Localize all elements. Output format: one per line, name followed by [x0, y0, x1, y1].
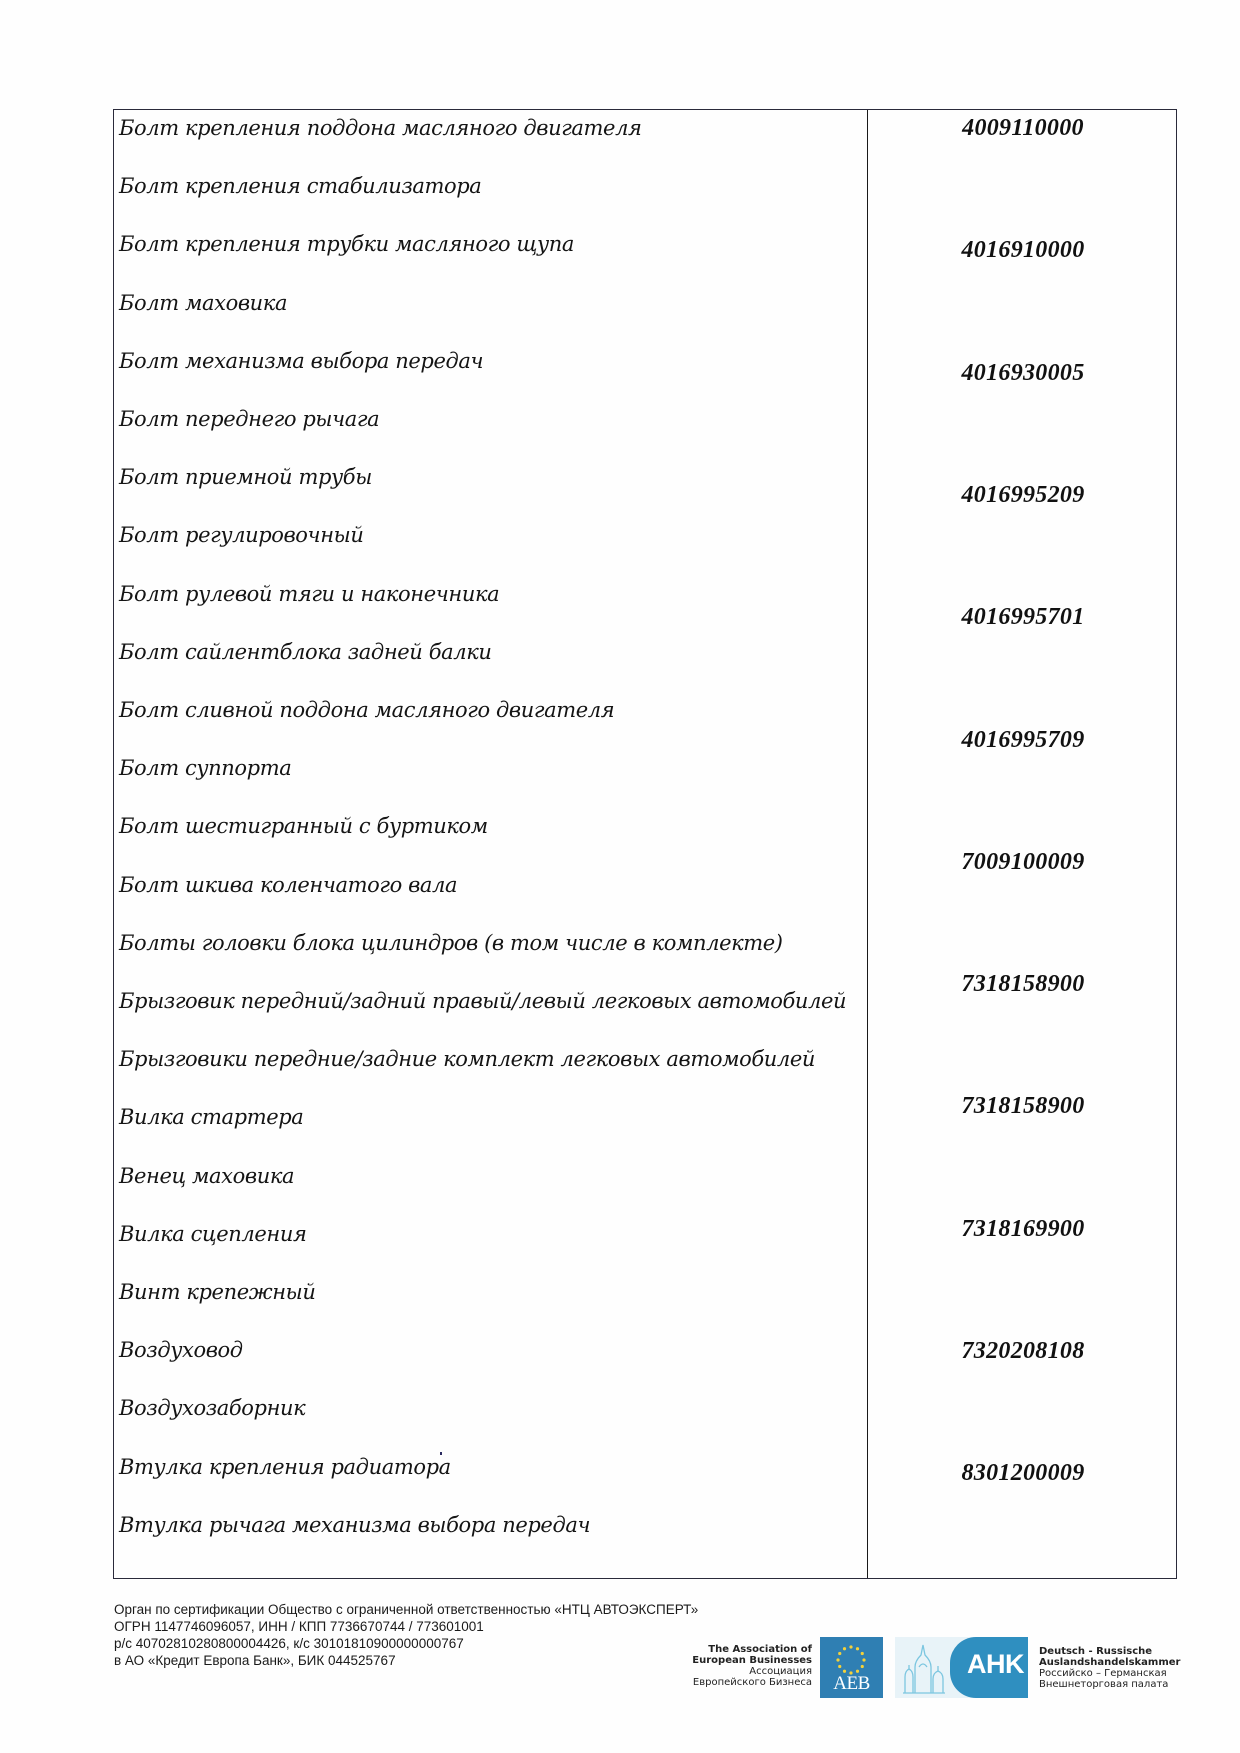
part-name: Воздуховод	[119, 1335, 243, 1365]
tnved-code: 4016995209	[868, 480, 1178, 510]
part-name: Болт шкива коленчатого вала	[119, 870, 457, 900]
aeb-caption-en: European Businesses	[640, 1655, 812, 1666]
ahk-caption: Deutsch - Russische Auslandshandelskamme…	[1039, 1646, 1180, 1690]
part-name: Болт рулевой тяги и наконечника	[119, 579, 499, 609]
tnved-code: 7320208108	[868, 1336, 1178, 1366]
tnved-code: 4016995701	[868, 602, 1178, 632]
footer-line: в АО «Кредит Европа Банк», БИК 044525767	[114, 1652, 698, 1669]
tnved-code: 7318158900	[868, 1091, 1178, 1121]
part-name: Воздухозаборник	[119, 1393, 305, 1423]
part-name: Вилка сцепления	[119, 1219, 307, 1249]
part-name: Брызговики передние/задние комплект легк…	[119, 1044, 815, 1074]
kremlin-church-icon	[899, 1641, 951, 1695]
part-name: Втулка крепления радиатора	[119, 1452, 451, 1482]
part-name: Болт крепления поддона масляного двигате…	[119, 113, 642, 143]
part-name: Болт регулировочный	[119, 520, 363, 550]
part-name: Венец маховика	[119, 1161, 294, 1191]
part-name: Болт переднего рычага	[119, 404, 379, 434]
part-name: Болт крепления стабилизатора	[119, 171, 481, 201]
eu-stars-icon	[834, 1643, 868, 1677]
tnved-code: 7318169900	[868, 1214, 1178, 1244]
part-name: Болт крепления трубки масляного щупа	[119, 229, 574, 259]
part-name: Болты головки блока цилиндров (в том чис…	[119, 928, 783, 958]
tnved-code: 7318158900	[868, 969, 1178, 999]
tnved-code: 4009110000	[868, 113, 1178, 143]
aeb-caption-ru: Ассоциация	[640, 1666, 812, 1677]
footer-line: ОГРН 1147746096057, ИНН / КПП 7736670744…	[114, 1618, 698, 1635]
part-name: Болт шестигранный с буртиком	[119, 811, 488, 841]
ahk-caption-ru: Российско – Германская	[1039, 1668, 1180, 1679]
part-name: Болт маховика	[119, 288, 287, 318]
part-name: Болт сливной поддона масляного двигателя	[119, 695, 614, 725]
tnved-code: 4016995709	[868, 725, 1178, 755]
part-name: Болт механизма выбора передач	[119, 346, 483, 376]
scan-speck	[440, 1452, 442, 1455]
part-name: Болт приемной трубы	[119, 462, 372, 492]
aeb-logo-label: AEB	[820, 1673, 883, 1695]
tnved-code: 7009100009	[868, 847, 1178, 877]
tnved-code: 4016930005	[868, 358, 1178, 388]
tnved-code: 8301200009	[868, 1458, 1178, 1488]
footer-line: р/с 40702810280800004426, к/с 3010181090…	[114, 1635, 698, 1652]
aeb-caption: The Association of European Businesses А…	[640, 1644, 812, 1688]
ahk-caption-ru: Внешнеторговая палата	[1039, 1679, 1180, 1690]
part-name: Брызговик передний/задний правый/левый л…	[119, 986, 846, 1016]
part-name: Вилка стартера	[119, 1102, 303, 1132]
aeb-logo: AEB	[820, 1637, 883, 1698]
part-name: Втулка рычага механизма выбора передач	[119, 1510, 590, 1540]
certification-body-info: Орган по сертификации Общество с огранич…	[114, 1601, 698, 1669]
tnved-code: 4016910000	[868, 235, 1178, 265]
part-name: Винт крепежный	[119, 1277, 315, 1307]
ahk-caption-de: Deutsch - Russische	[1039, 1646, 1180, 1657]
aeb-caption-en: The Association of	[640, 1644, 812, 1655]
ahk-caption-de: Auslandshandelskammer	[1039, 1657, 1180, 1668]
ahk-logo: AHK	[895, 1637, 1028, 1698]
part-name: Болт сайлентблока задней балки	[119, 637, 491, 667]
parts-table: Болт крепления поддона масляного двигате…	[113, 109, 1177, 1579]
part-name: Болт суппорта	[119, 753, 291, 783]
aeb-caption-ru: Европейского Бизнеса	[640, 1677, 812, 1688]
footer-line: Орган по сертификации Общество с огранич…	[114, 1601, 698, 1618]
ahk-logo-label: AHK	[967, 1649, 1024, 1680]
